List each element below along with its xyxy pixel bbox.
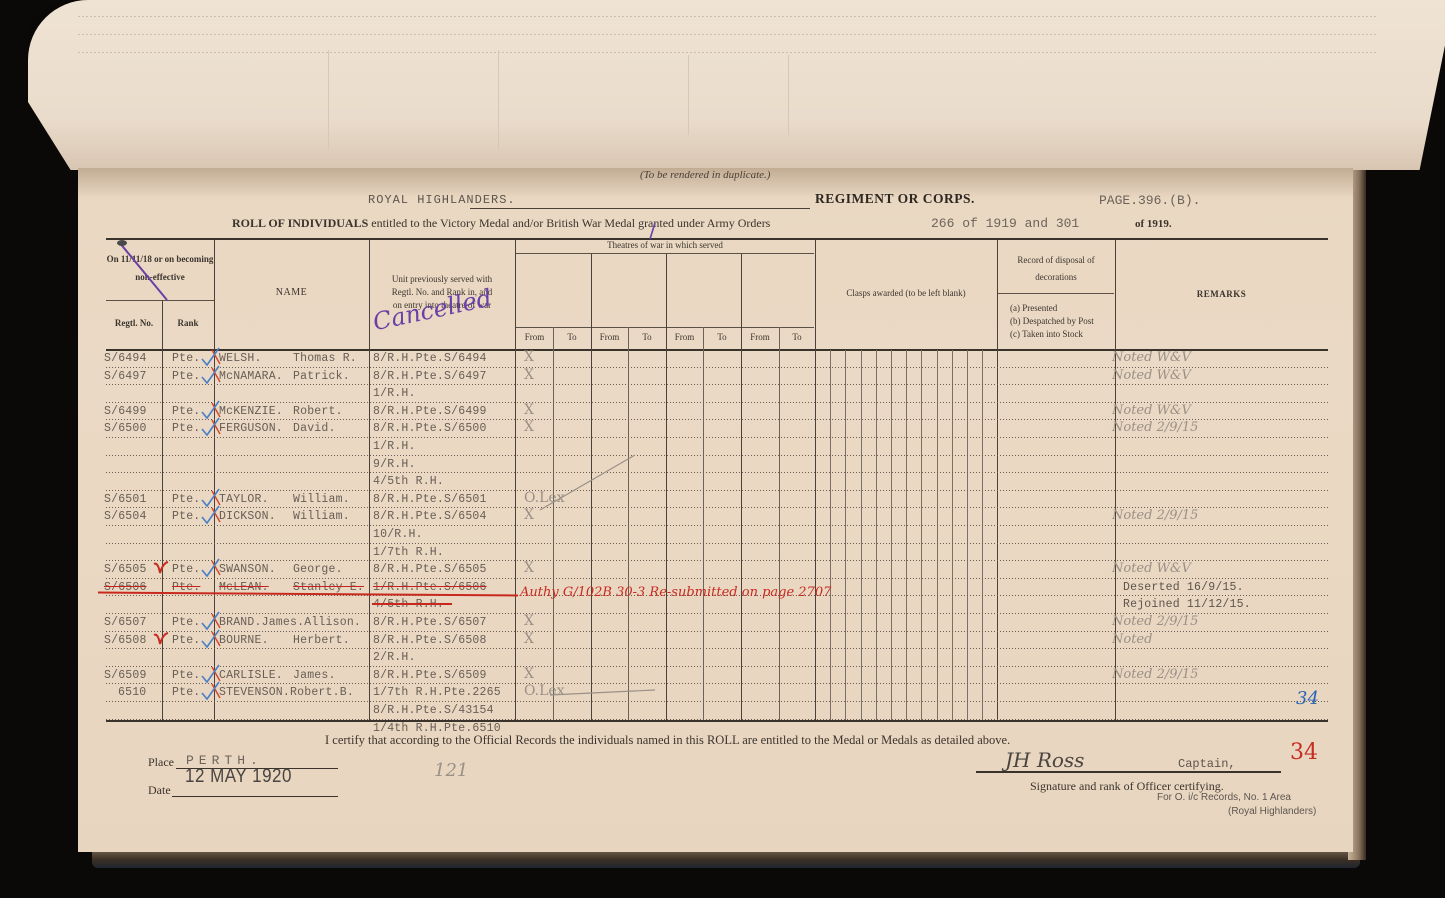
remark: Noted 2/9/15 — [1112, 508, 1198, 523]
unit-served: 8/R.H.Pte.S/6505 — [373, 563, 487, 576]
surname: BRAND.James.Allison. — [219, 616, 361, 629]
regtl-no: S/6505 — [104, 563, 147, 576]
regtl-no: S/6500 — [104, 422, 147, 435]
officer-rank: Captain, — [1178, 757, 1236, 771]
check-mark-icon — [198, 364, 222, 386]
remark: Noted 2/9/15 — [1112, 614, 1198, 629]
unit-served: 1/7th R.H.Pte.2265 — [373, 686, 501, 699]
header-to: To — [779, 332, 815, 344]
records-stamp-line1: For O. i/c Records, No. 1 Area — [1157, 792, 1291, 803]
table-bottom-border — [106, 720, 1328, 722]
header-to: To — [703, 332, 741, 344]
previous-page — [28, 0, 1445, 170]
remark: Noted W&V — [1112, 368, 1191, 383]
regiment-label: REGIMENT OR CORPS. — [815, 191, 975, 207]
rank: Pte. — [172, 686, 200, 699]
forename: David. — [293, 422, 336, 435]
remark: Noted W&V — [1112, 350, 1191, 365]
roll-title: ROLL OF INDIVIDUALS entitled to the Vict… — [232, 216, 770, 231]
unit-served: 1/R.H. — [373, 440, 416, 453]
forename: William. — [293, 493, 350, 506]
remark: Noted 2/9/15 — [1112, 420, 1198, 435]
header-clasps: Clasps awarded (to be left blank) — [815, 288, 997, 300]
red-tick-icon — [152, 560, 170, 576]
unit-served: 8/R.H.Pte.S/43154 — [373, 704, 494, 717]
unit-served: 8/R.H.Pte.S/6501 — [373, 493, 487, 506]
unit-served: 1/R.H. — [373, 387, 416, 400]
forename: Robert. — [293, 405, 343, 418]
unit-served: 2/R.H. — [373, 651, 416, 664]
unit-served: 1/7th R.H. — [373, 546, 444, 559]
forename: George. — [293, 563, 343, 576]
regtl-no: S/6508 — [104, 634, 147, 647]
unit-served: 1/R.H.Pte.S/6506 — [373, 581, 487, 594]
unit-served: 8/R.H.Pte.S/6507 — [373, 616, 487, 629]
rank: Pte. — [172, 370, 200, 383]
forename: Patrick. — [293, 370, 350, 383]
header-from: From — [516, 332, 553, 344]
theatre-mark: X — [524, 419, 534, 435]
regtl-no: S/6497 — [104, 370, 147, 383]
rank: Pte. — [172, 493, 200, 506]
page-number: PAGE.396.(B). — [1099, 193, 1200, 208]
officer-signature: JH Ross — [1005, 748, 1084, 772]
unit-served: 9/R.H. — [373, 458, 416, 471]
duplicate-note: (To be rendered in duplicate.) — [640, 169, 770, 181]
header-theatres: Theatres of war in which served — [516, 240, 814, 252]
regtl-no: S/6499 — [104, 405, 147, 418]
remark: Deserted 16/9/15. — [1123, 581, 1244, 594]
regtl-no: S/6504 — [104, 510, 147, 523]
surname: STEVENSON.Robert.B. — [219, 686, 354, 699]
rank: Pte. — [172, 510, 200, 523]
surname: CARLISLE. — [219, 669, 283, 682]
rank: Pte. — [172, 634, 200, 647]
remark: Noted 2/9/15 — [1112, 667, 1198, 682]
unit-served: 8/R.H.Pte.S/6500 — [373, 422, 487, 435]
red-tick-icon — [152, 631, 170, 647]
red-page-count: 34 — [1290, 740, 1318, 765]
forename: Stanley E. — [293, 581, 364, 594]
header-from: From — [741, 332, 779, 344]
surname: TAYLOR. — [219, 493, 269, 506]
unit-served: 10/R.H. — [373, 528, 423, 541]
check-mark-icon — [198, 504, 222, 526]
remark: Noted W&V — [1112, 403, 1191, 418]
forename: Thomas R. — [293, 352, 357, 365]
rank: Pte. — [172, 405, 200, 418]
purple-slash-icon — [648, 222, 658, 240]
unit-served: 8/R.H.Pte.S/6509 — [373, 669, 487, 682]
header-from: From — [666, 332, 703, 344]
regtl-no: S/6494 — [104, 352, 147, 365]
unit-served: 4/5th R.H. — [373, 475, 444, 488]
check-mark-icon — [198, 416, 222, 438]
rank: Pte. — [172, 352, 200, 365]
regtl-no: S/6501 — [104, 493, 147, 506]
theatre-mark: X — [524, 402, 534, 418]
certification-text: I certify that according to the Official… — [325, 733, 1010, 748]
surname: DICKSON. — [219, 510, 276, 523]
surname: BOURNE. — [219, 634, 269, 647]
purple-diagonal-mark-icon — [115, 238, 175, 304]
header-remarks: REMARKS — [1115, 289, 1328, 301]
roll-title-bold: ROLL OF INDIVIDUALS — [232, 216, 368, 230]
surname: SWANSON. — [219, 563, 276, 576]
header-to: To — [553, 332, 591, 344]
pencil-number: 121 — [434, 760, 468, 781]
pencil-strokes — [520, 440, 670, 710]
surname: McNAMARA. — [219, 370, 283, 383]
surname: FERGUSON. — [219, 422, 283, 435]
regiment-name: ROYAL HIGHLANDERS. — [368, 193, 516, 207]
theatre-mark: X — [524, 367, 534, 383]
rank: Pte. — [172, 563, 200, 576]
unit-served: 8/R.H.Pte.S/6499 — [373, 405, 487, 418]
rank: Pte. — [172, 616, 200, 629]
check-mark-icon — [198, 628, 222, 650]
header-name: NAME — [214, 286, 369, 299]
forename: James. — [293, 669, 336, 682]
check-mark-icon — [198, 680, 222, 702]
unit-served: 8/R.H.Pte.S/6504 — [373, 510, 487, 523]
rank: Pte. — [172, 669, 200, 682]
surname: WELSH. — [219, 352, 262, 365]
strike-line — [372, 603, 452, 605]
rank: Pte. — [172, 422, 200, 435]
regtl-no: S/6507 — [104, 616, 147, 629]
disposal-options: (a) Presented (b) Despatched by Post (c)… — [1010, 302, 1120, 341]
remark: Rejoined 11/12/15. — [1123, 598, 1251, 611]
place-label: Place — [148, 755, 174, 770]
header-to: To — [628, 332, 666, 344]
header-regtl-no: Regtl. No. — [106, 318, 162, 330]
unit-served: 4/5th R.H. — [373, 598, 444, 611]
regtl-no: 6510 — [118, 686, 146, 699]
theatre-mark: X — [524, 349, 534, 365]
unit-served: 8/R.H.Pte.S/6494 — [373, 352, 487, 365]
header-from: From — [591, 332, 628, 344]
remark: Noted — [1112, 632, 1152, 647]
forename: William. — [293, 510, 350, 523]
roll-title-rest: entitled to the Victory Medal and/or Bri… — [371, 216, 770, 230]
remark: Noted W&V — [1112, 561, 1191, 576]
unit-served: 8/R.H.Pte.S/6508 — [373, 634, 487, 647]
unit-served: 8/R.H.Pte.S/6497 — [373, 370, 487, 383]
blue-page-count: 34 — [1296, 688, 1319, 709]
records-stamp-line2: (Royal Highlanders) — [1228, 806, 1316, 817]
header-rank: Rank — [162, 318, 214, 330]
army-orders-suffix: of 1919. — [1135, 218, 1172, 230]
surname: McKENZIE. — [219, 405, 283, 418]
forename: Herbert. — [293, 634, 350, 647]
date-stamp: 12 MAY 1920 — [185, 765, 292, 788]
regtl-no: S/6509 — [104, 669, 147, 682]
header-disposal: Record of disposal of decorations — [998, 252, 1114, 286]
check-mark-icon — [198, 557, 222, 579]
army-orders: 266 of 1919 and 301 — [931, 216, 1079, 231]
date-label: Date — [148, 783, 171, 798]
